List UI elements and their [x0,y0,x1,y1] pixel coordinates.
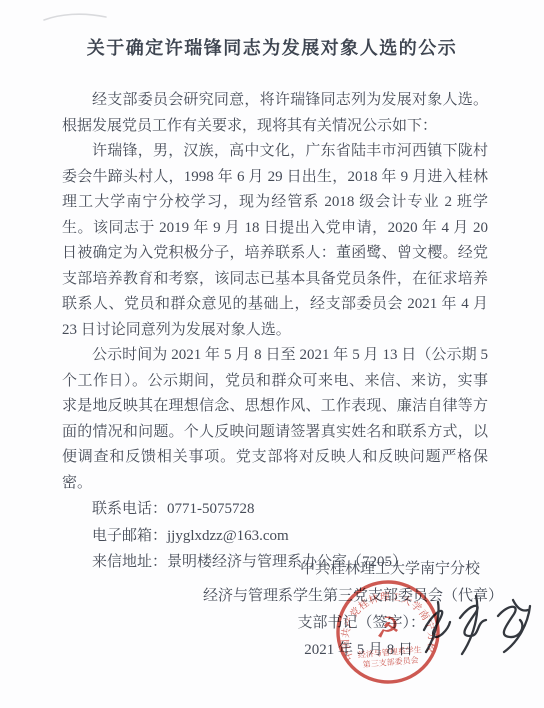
contact-line-phone: 联系电话：0771-5075728 [62,496,488,523]
document-page: 关于确定许瑞锋同志为发展对象人选的公示 经支部委员会研究同意，将许瑞锋同志列为发… [0,0,544,708]
page-title: 关于确定许瑞锋同志为发展对象人选的公示 [0,0,544,60]
phone-value: 0771-5075728 [167,501,255,517]
issue-date: 2021 年 5 月 8 日 [304,637,413,664]
email-label: 电子邮箱： [92,528,167,544]
email-value: jjyglxdzz@163.com [167,528,289,544]
closing-block: 中共桂林理工大学南宁分校 经济与管理系学生第三党支部委员会（代章） 支部书记（签… [0,556,544,664]
document-body: 经支部委员会研究同意，将许瑞锋同志列为发展对象人选。根据发展党员工作有关要求，现… [62,88,488,496]
body-paragraph: 经支部委员会研究同意，将许瑞锋同志列为发展对象人选。根据发展党员工作有关要求，现… [62,88,488,139]
signer-label: 支部书记（签字）： [297,610,425,637]
contact-line-email: 电子邮箱：jjyglxdzz@163.com [62,523,488,550]
body-paragraph: 许瑞锋，男，汉族，高中文化，广东省陆丰市河西镇下陇村委会牛蹄头村人，1998 年… [62,139,488,343]
issuer-org-line-2: 经济与管理系学生第三党支部委员会（代章） [203,583,503,610]
body-paragraph: 公示时间为 2021 年 5 月 8 日至 2021 年 5 月 13 日（公示… [62,343,488,496]
issuer-org-line-1: 中共桂林理工大学南宁分校 [300,556,480,583]
phone-label: 联系电话： [92,501,167,517]
